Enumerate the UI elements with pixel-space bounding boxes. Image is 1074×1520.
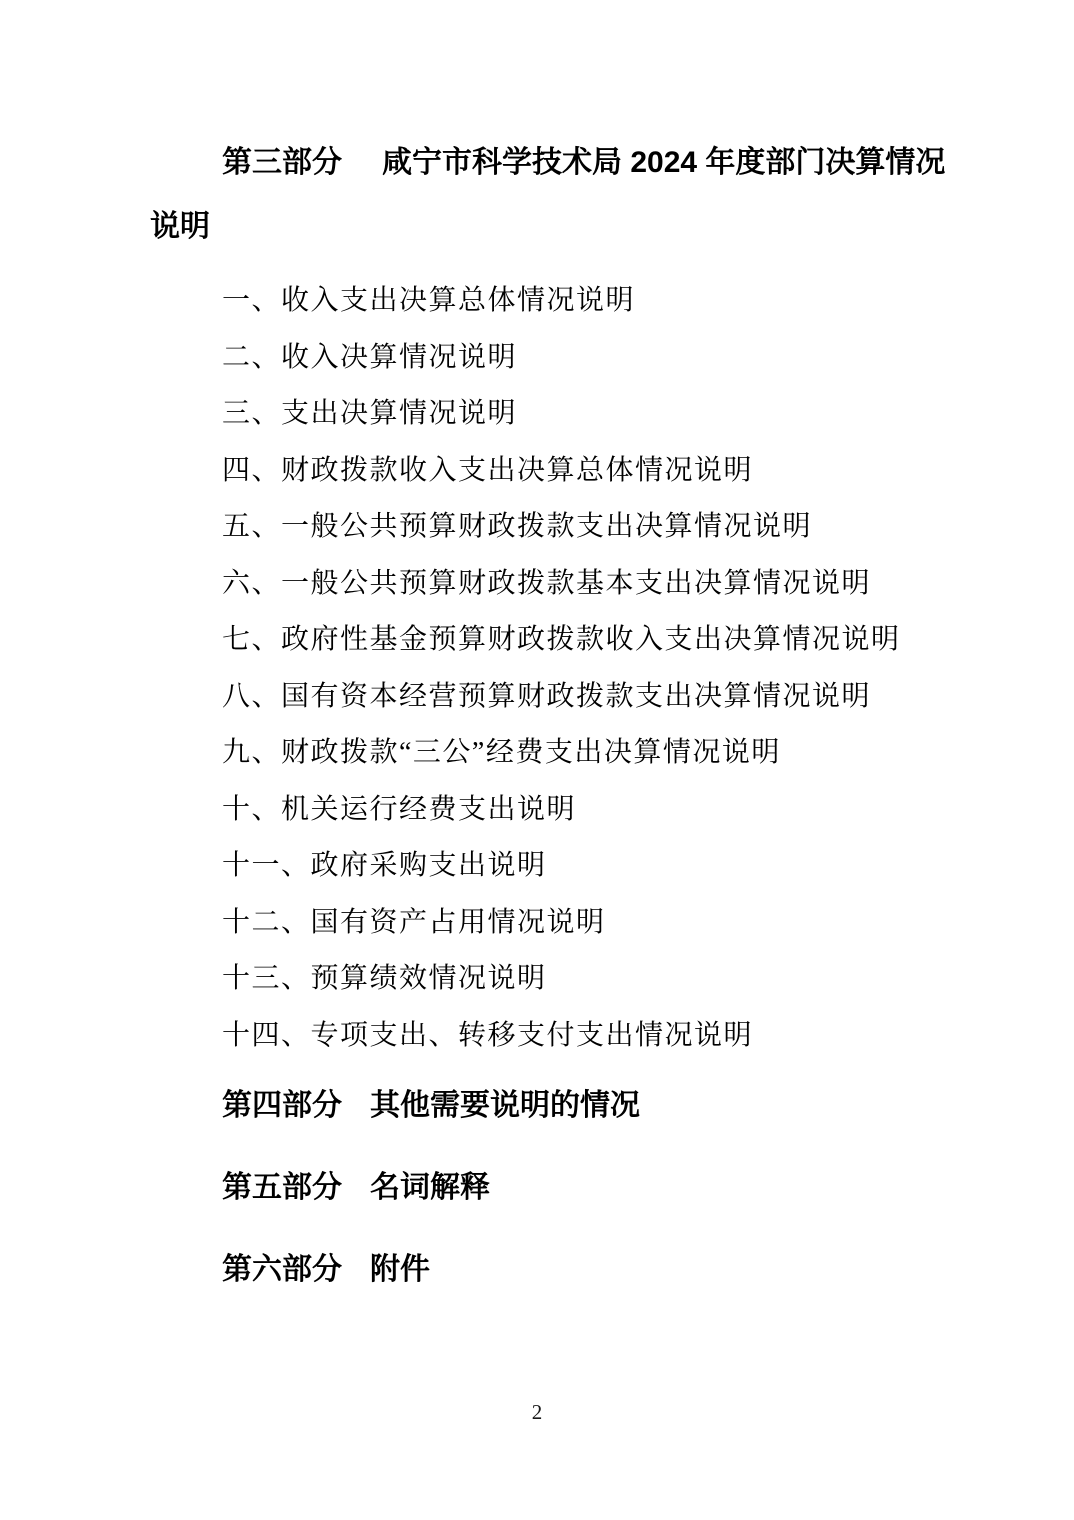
section-part-4: 第四部分 其他需要说明的情况	[150, 1061, 926, 1143]
toc-item-10: 十、机关运行经费支出说明	[150, 779, 926, 836]
part-sections: 第四部分 其他需要说明的情况 第五部分 名词解释 第六部分 附件	[150, 1061, 926, 1307]
section-5-title: 名词解释	[370, 1162, 490, 1206]
heading-part-label: 第三部分	[222, 146, 342, 179]
toc-item-9: 九、财政拨款“三公”经费支出决算情况说明	[150, 722, 926, 779]
section-4-title: 其他需要说明的情况	[370, 1080, 640, 1124]
section-4-label: 第四部分	[222, 1080, 342, 1124]
toc-item-3: 三、支出决算情况说明	[150, 383, 926, 440]
toc-item-5: 五、一般公共预算财政拨款支出决算情况说明	[150, 496, 926, 553]
toc-item-6: 六、一般公共预算财政拨款基本支出决算情况说明	[150, 553, 926, 610]
toc-item-4: 四、财政拨款收入支出决算总体情况说明	[150, 440, 926, 497]
toc-item-2: 二、收入决算情况说明	[150, 327, 926, 384]
toc-item-8: 八、国有资本经营预算财政拨款支出决算情况说明	[150, 666, 926, 723]
document-heading: 第三部分咸宁市科学技术局 2024 年度部门决算情况 说明	[150, 131, 926, 259]
heading-line-2: 说明	[150, 195, 926, 259]
toc-item-7: 七、政府性基金预算财政拨款收入支出决算情况说明	[150, 609, 926, 666]
heading-title: 咸宁市科学技术局 2024 年度部门决算情况	[382, 146, 945, 179]
toc-item-11: 十一、政府采购支出说明	[150, 835, 926, 892]
page-number: 2	[0, 1400, 1074, 1425]
toc-item-13: 十三、预算绩效情况说明	[150, 948, 926, 1005]
toc-item-1: 一、收入支出决算总体情况说明	[150, 270, 926, 327]
toc-list: 一、收入支出决算总体情况说明 二、收入决算情况说明 三、支出决算情况说明 四、财…	[150, 270, 926, 1061]
section-6-label: 第六部分	[222, 1244, 342, 1288]
section-6-title: 附件	[370, 1244, 430, 1288]
document-page: 第三部分咸宁市科学技术局 2024 年度部门决算情况 说明 一、收入支出决算总体…	[0, 0, 1074, 1520]
heading-line-1: 第三部分咸宁市科学技术局 2024 年度部门决算情况	[150, 131, 926, 195]
section-part-5: 第五部分 名词解释	[150, 1143, 926, 1225]
section-5-label: 第五部分	[222, 1162, 342, 1206]
toc-item-14: 十四、专项支出、转移支付支出情况说明	[150, 1005, 926, 1062]
toc-item-12: 十二、国有资产占用情况说明	[150, 892, 926, 949]
section-part-6: 第六部分 附件	[150, 1225, 926, 1307]
